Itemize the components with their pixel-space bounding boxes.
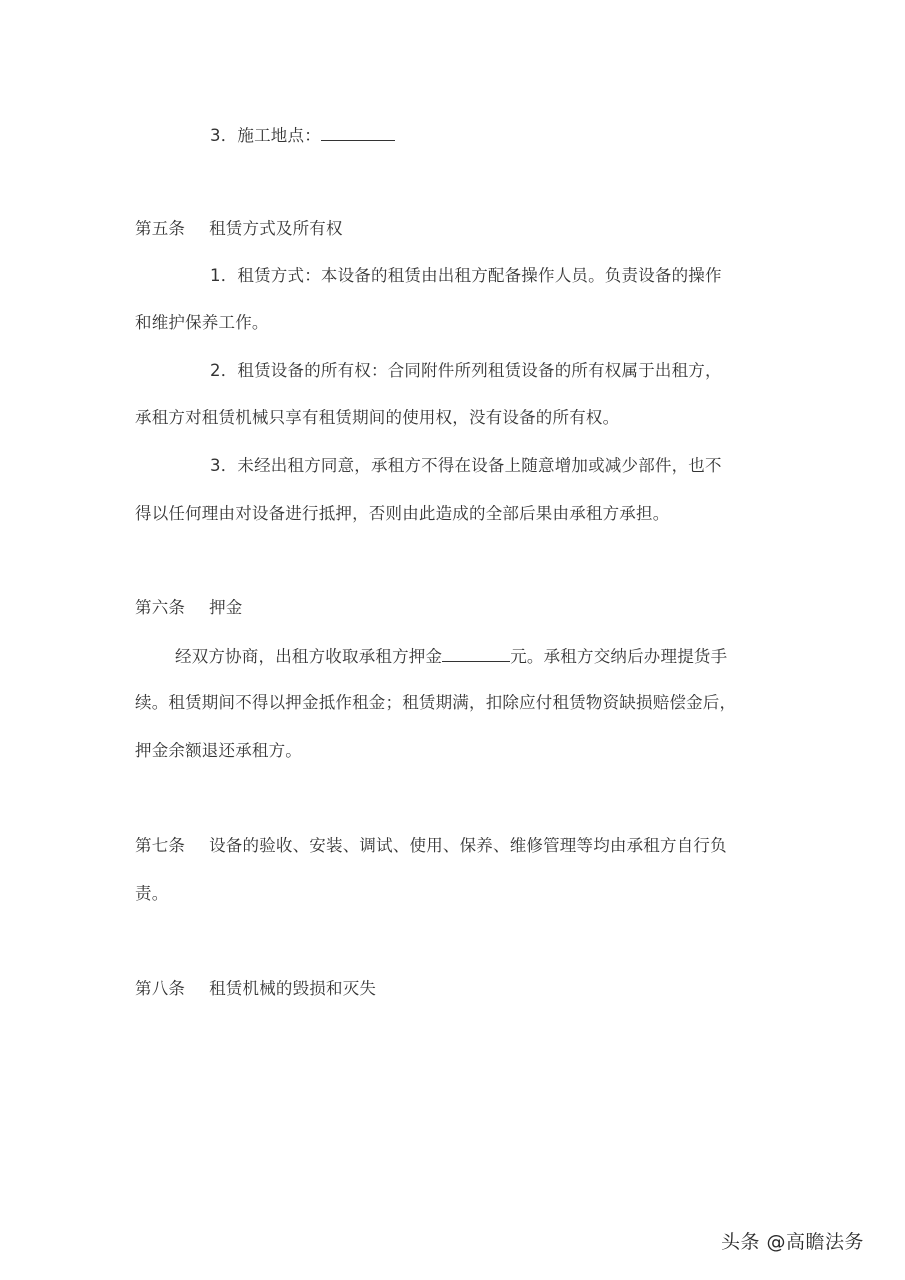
article-6-number: 第六条	[135, 598, 185, 617]
construction-site-item: 3．施工地点：	[210, 124, 395, 147]
article-7-number: 第七条	[135, 836, 185, 855]
article-6-line-2: 续。租赁期间不得以押金抵作租金；租赁期满，扣除应付租赁物资缺损赔偿金后，	[135, 692, 736, 714]
article-8-number: 第八条	[135, 979, 185, 998]
article-5-heading: 第五条租赁方式及所有权	[135, 218, 343, 240]
article-5-number: 第五条	[135, 219, 185, 238]
deposit-text-before: 经双方协商，出租方收取承租方押金	[175, 647, 442, 666]
article-5-item-1-line-1: 1．租赁方式：本设备的租赁由出租方配备操作人员。负责设备的操作	[210, 265, 722, 287]
article-6-line-3: 押金余额退还承租方。	[135, 740, 302, 762]
deposit-amount-blank	[442, 645, 510, 662]
article-5-title: 租赁方式及所有权	[209, 219, 343, 238]
article-5-item-2-line-2: 承租方对租赁机械只享有租赁期间的使用权，没有设备的所有权。	[135, 407, 619, 429]
article-5-item-3-line-1: 3．未经出租方同意，承租方不得在设备上随意增加或减少部件，也不	[210, 455, 722, 477]
article-6-heading: 第六条押金	[135, 597, 243, 619]
article-6-title: 押金	[209, 598, 242, 617]
article-5-item-2-line-1: 2．租赁设备的所有权：合同附件所列租赁设备的所有权属于出租方，	[210, 360, 722, 382]
article-7-line-1: 第七条设备的验收、安装、调试、使用、保养、维修管理等均由承租方自行负	[135, 835, 727, 857]
article-5-item-1-line-2: 和维护保养工作。	[135, 312, 269, 334]
watermark: 头条 @高瞻法务	[721, 1227, 864, 1254]
construction-site-label: 3．施工地点：	[210, 126, 321, 145]
article-8-title: 租赁机械的毁损和灭失	[209, 979, 376, 998]
document-page: 3．施工地点： 第五条租赁方式及所有权 1．租赁方式：本设备的租赁由出租方配备操…	[0, 0, 905, 1280]
article-7-line-2: 责。	[135, 883, 168, 905]
article-5-item-3-line-2: 得以任何理由对设备进行抵押，否则由此造成的全部后果由承租方承担。	[135, 503, 669, 525]
article-7-text: 设备的验收、安装、调试、使用、保养、维修管理等均由承租方自行负	[209, 836, 727, 855]
article-8-heading: 第八条租赁机械的毁损和灭失	[135, 978, 376, 1000]
construction-site-blank	[321, 124, 395, 141]
article-6-line-1: 经双方协商，出租方收取承租方押金元。承租方交纳后办理提货手	[175, 645, 727, 668]
deposit-text-after: 元。承租方交纳后办理提货手	[510, 647, 727, 666]
